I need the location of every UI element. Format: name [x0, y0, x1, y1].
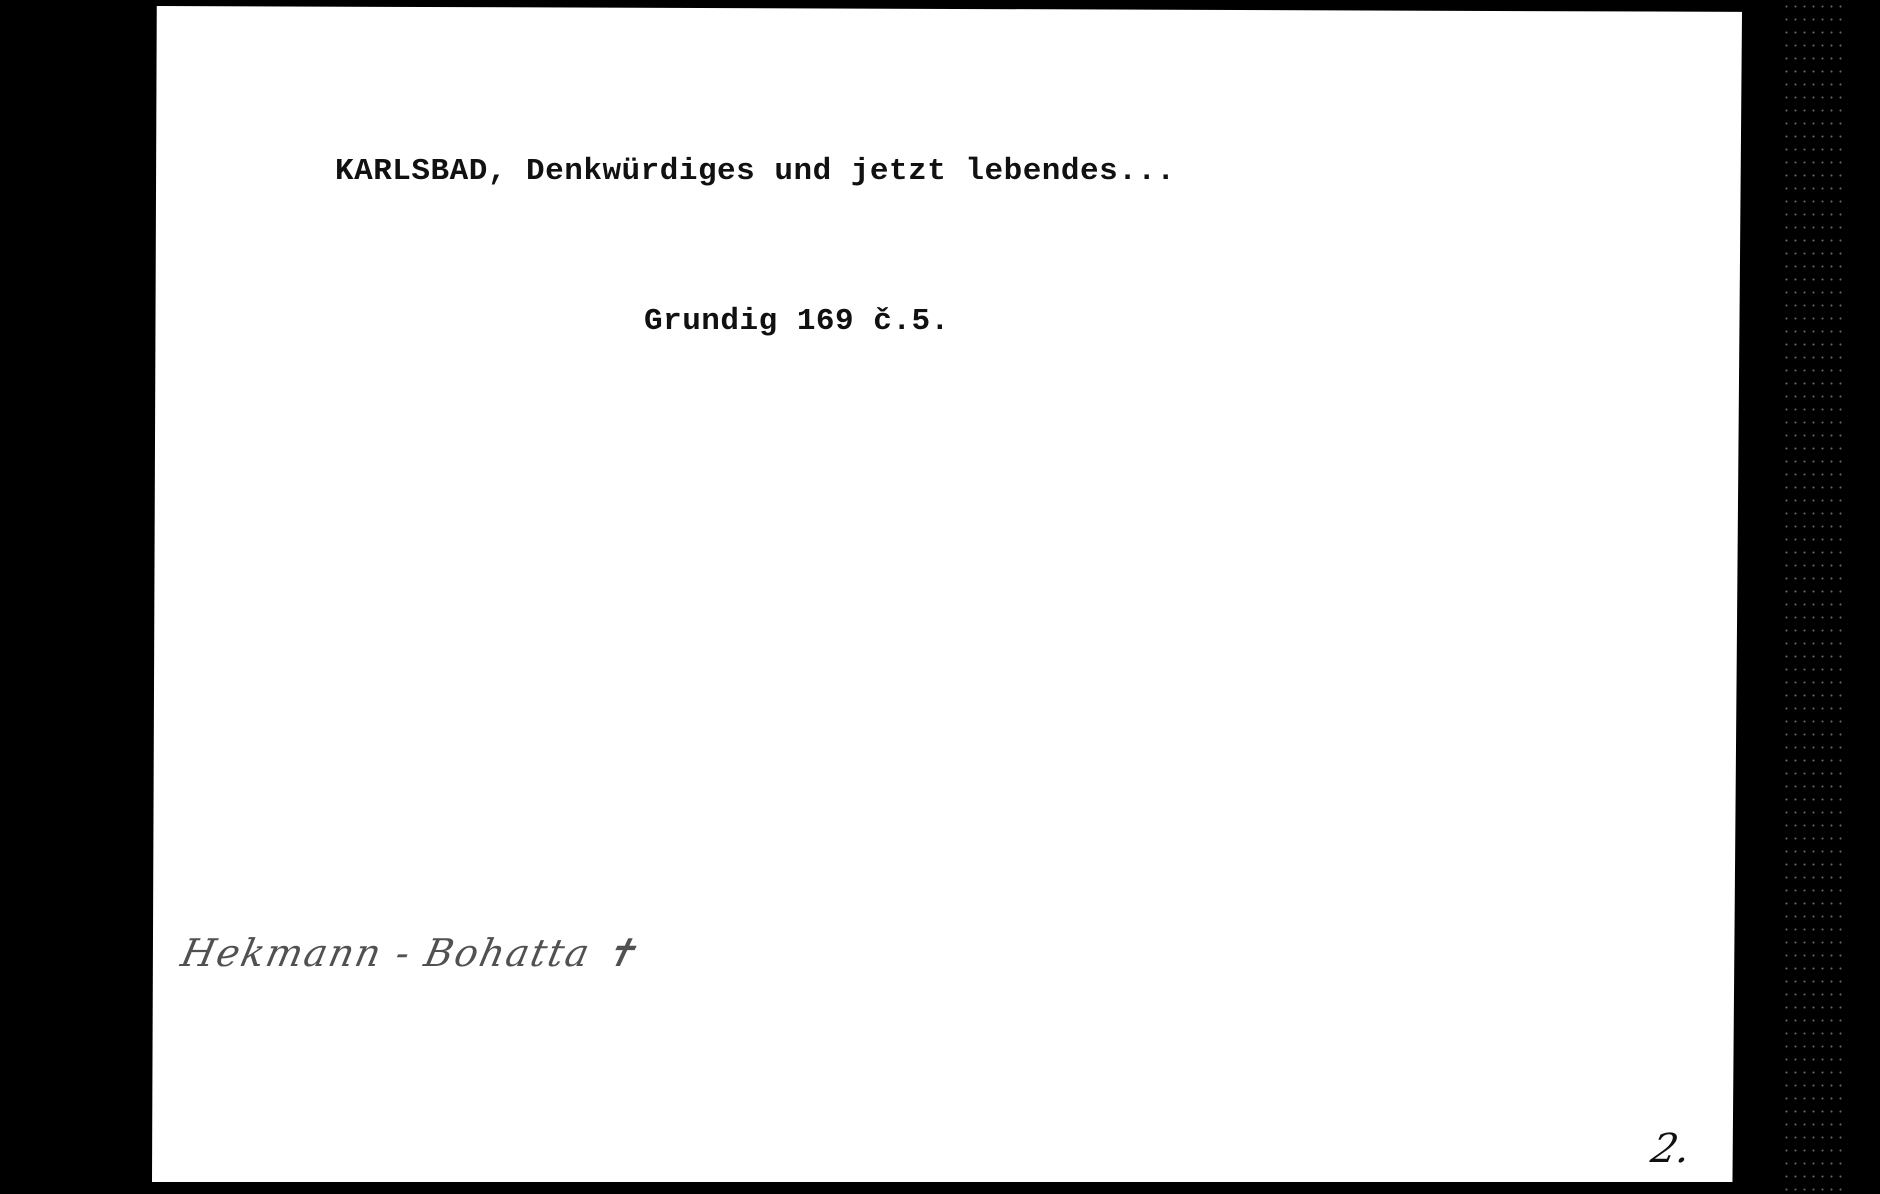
card-title: KARLSBAD, Denkwürdiges und jetzt lebende… — [335, 154, 1176, 189]
handwritten-note: Hekmann - Bohatta ✝ — [177, 931, 643, 975]
scan-edge-strip — [1782, 0, 1842, 1194]
catalog-card: KARLSBAD, Denkwürdiges und jetzt lebende… — [152, 6, 1742, 1182]
shelfmark: Grundig 169 č.5. — [644, 304, 950, 339]
card-number: 2. — [1647, 1126, 1695, 1172]
